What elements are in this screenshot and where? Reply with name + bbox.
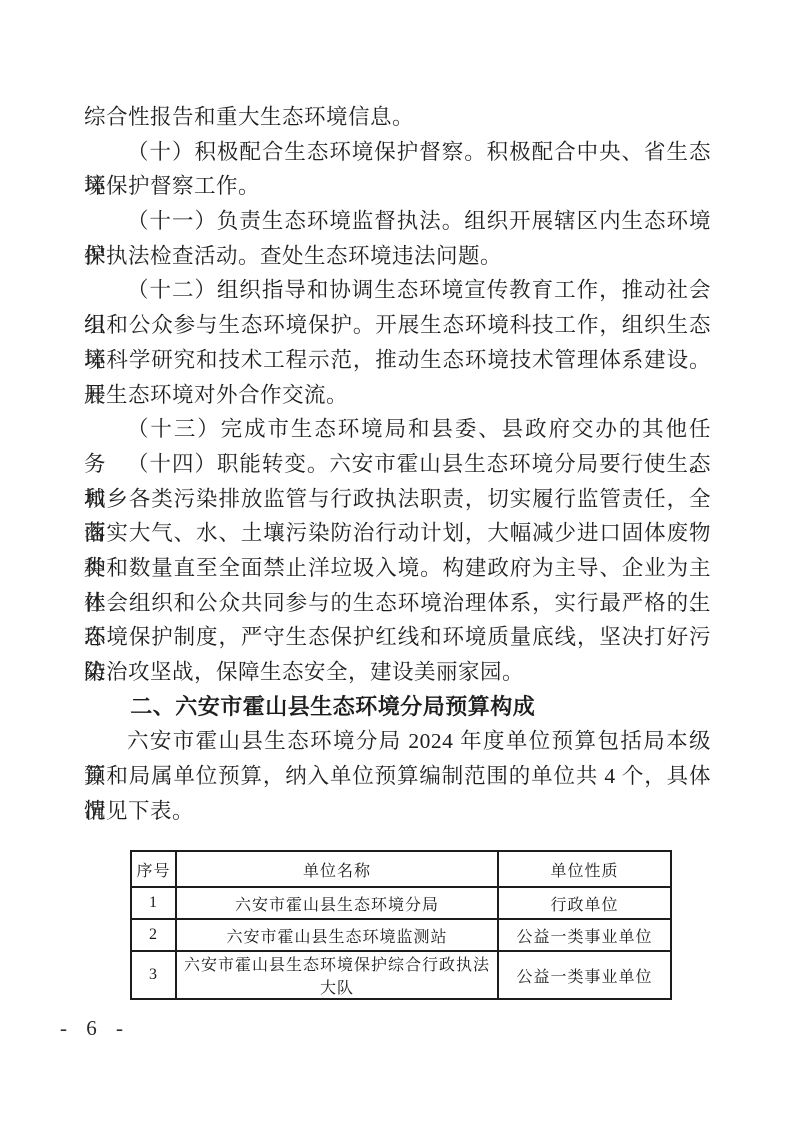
body-line: 境保护督察工作。 — [84, 169, 711, 204]
cell-unit-name: 六安市霍山县生态环境分局 — [176, 887, 498, 919]
table-header-row: 序号 单位名称 单位性质 — [131, 851, 671, 887]
body-line: （十一）负责生态环境监督执法。组织开展辖区内生态环境保 — [84, 204, 711, 239]
page-number: - 6 - — [60, 1016, 130, 1041]
table-row: 3 六安市霍山县生态环境保护综合行政执法大队 公益一类事业单位 — [131, 951, 671, 999]
col-header-index: 序号 — [131, 851, 176, 887]
body-line: （十三）完成市生态环境局和县委、县政府交办的其他任务。 — [84, 412, 711, 447]
body-line: 境科学研究和技术工程示范，推动生态环境技术管理体系建设。开 — [84, 343, 711, 378]
cell-unit-nature: 公益一类事业单位 — [498, 919, 671, 951]
body-line: 展生态环境对外合作交流。 — [84, 378, 711, 413]
body-line: 织和公众参与生态环境保护。开展生态环境科技工作，组织生态环 — [84, 308, 711, 343]
body-line: （十）积极配合生态环境保护督察。积极配合中央、省生态环 — [84, 135, 711, 170]
body-line: 算和局属单位预算，纳入单位预算编制范围的单位共 4 个，具体情 — [84, 759, 711, 794]
body-line: 护执法检查活动。查处生态环境违法问题。 — [84, 239, 711, 274]
body-line: 城乡各类污染排放监管与行政执法职责，切实履行监管责任，全面 — [84, 482, 711, 517]
body-line: 类和数量直至全面禁止洋垃圾入境。构建政府为主导、企业为主体、 — [84, 551, 711, 586]
document-page: 综合性报告和重大生态环境信息。 （十）积极配合生态环境保护督察。积极配合中央、省… — [0, 0, 793, 1122]
table-row: 2 六安市霍山县生态环境监测站 公益一类事业单位 — [131, 919, 671, 951]
body-line: 六安市霍山县生态环境分局 2024 年度单位预算包括局本级预 — [84, 724, 711, 759]
cell-index: 2 — [131, 919, 176, 951]
table-row: 1 六安市霍山县生态环境分局 行政单位 — [131, 887, 671, 919]
body-line: （十四）职能转变。六安市霍山县生态环境分局要行使生态和 — [84, 447, 711, 482]
body-line: 综合性报告和重大生态环境信息。 — [84, 100, 711, 135]
document-body: 综合性报告和重大生态环境信息。 （十）积极配合生态环境保护督察。积极配合中央、省… — [84, 100, 711, 828]
cell-unit-name: 六安市霍山县生态环境监测站 — [176, 919, 498, 951]
body-line: 落实大气、水、土壤污染防治行动计划，大幅减少进口固体废物种 — [84, 516, 711, 551]
body-line: 环境保护制度，严守生态保护红线和环境质量底线，坚决打好污染 — [84, 620, 711, 655]
section-heading: 二、六安市霍山县生态环境分局预算构成 — [84, 690, 711, 725]
body-line: 防治攻坚战，保障生态安全，建设美丽家园。 — [84, 655, 711, 690]
cell-index: 3 — [131, 951, 176, 999]
cell-unit-nature: 行政单位 — [498, 887, 671, 919]
units-table: 序号 单位名称 单位性质 1 六安市霍山县生态环境分局 行政单位 2 六安市霍山… — [130, 850, 672, 1000]
col-header-unit-nature: 单位性质 — [498, 851, 671, 887]
cell-unit-nature: 公益一类事业单位 — [498, 951, 671, 999]
body-line: 况见下表。 — [84, 794, 711, 829]
cell-unit-name: 六安市霍山县生态环境保护综合行政执法大队 — [176, 951, 498, 999]
body-line: 社会组织和公众共同参与的生态环境治理体系，实行最严格的生态 — [84, 586, 711, 621]
cell-index: 1 — [131, 887, 176, 919]
body-line: （十二）组织指导和协调生态环境宣传教育工作，推动社会组 — [84, 273, 711, 308]
col-header-unit-name: 单位名称 — [176, 851, 498, 887]
